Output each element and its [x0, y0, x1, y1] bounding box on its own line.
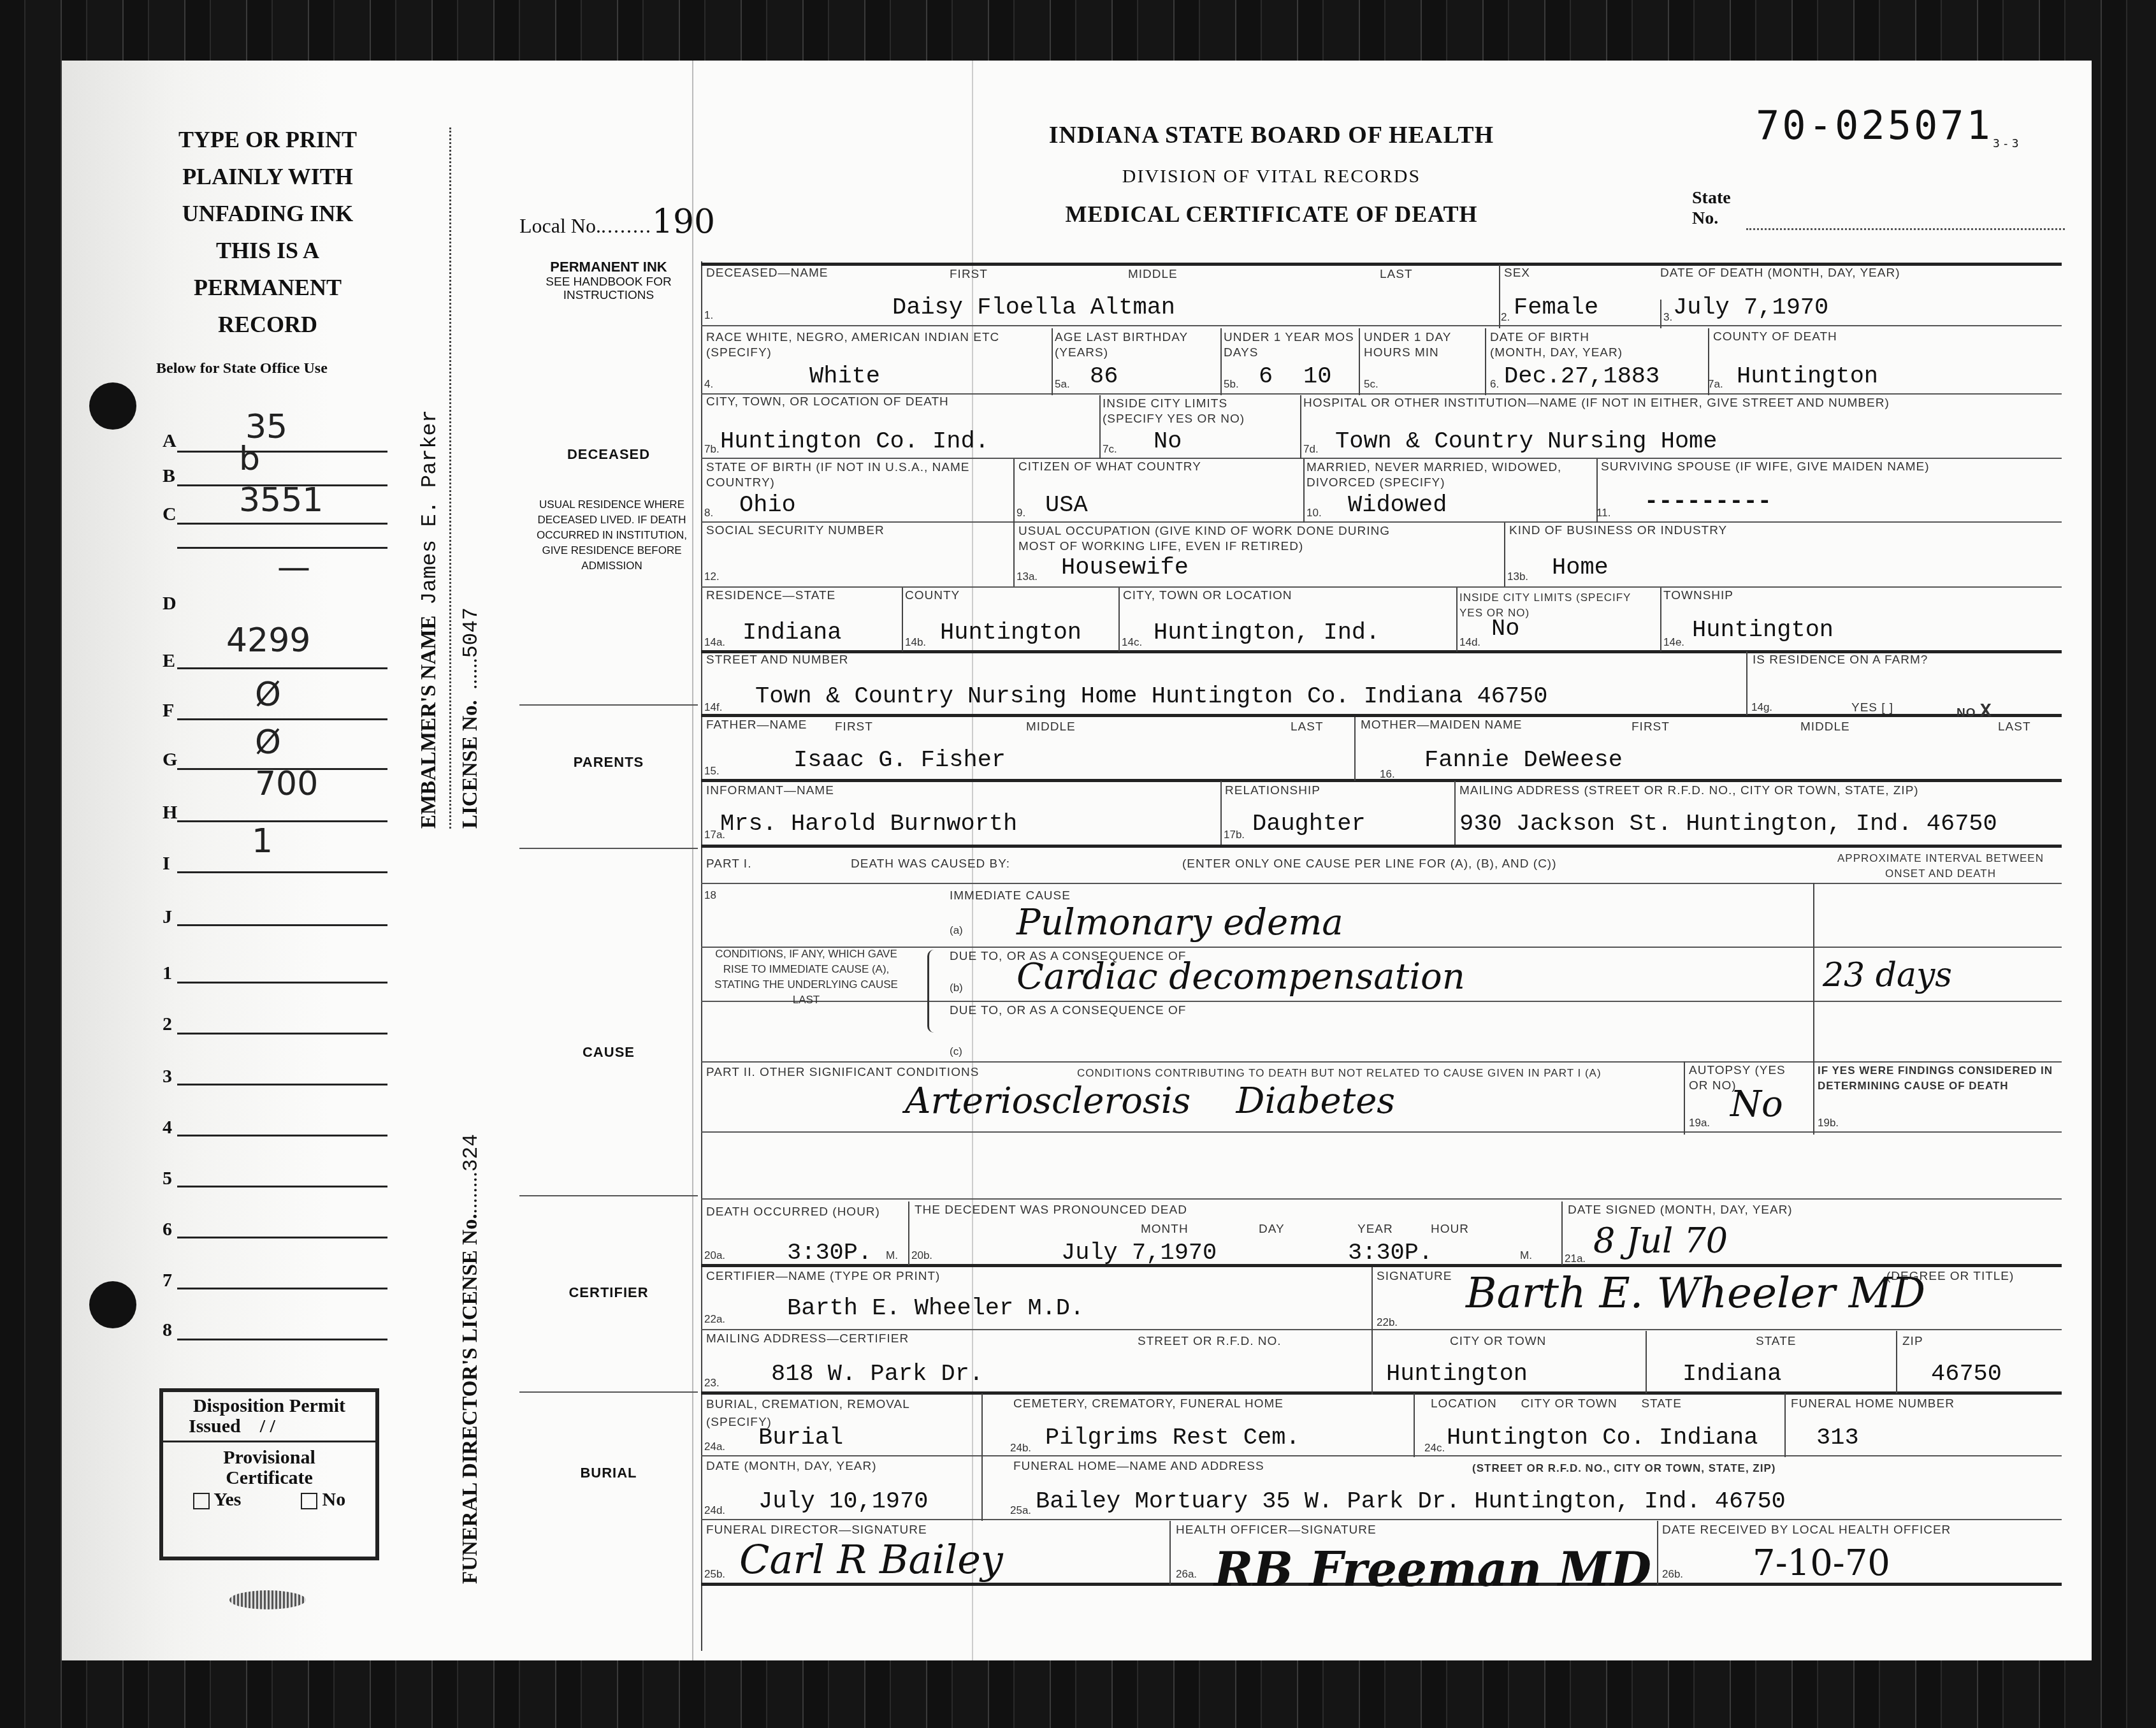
- sex-field[interactable]: Female: [1514, 294, 1598, 321]
- date-of-birth-field[interactable]: Dec.27,1883: [1504, 363, 1660, 390]
- label: DATE OF DEATH (MONTH, DAY, YEAR): [1660, 266, 1900, 280]
- conditions-note: CONDITIONS, IF ANY, WHICH GAVE RISE TO I…: [714, 947, 899, 1008]
- division-title: DIVISION OF VITAL RECORDS: [892, 166, 1651, 187]
- immediate-cause-field[interactable]: Pulmonary edema: [1017, 902, 1343, 943]
- label: SEX: [1504, 266, 1530, 280]
- label: MAILING ADDRESS (STREET OR R.F.D. NO., C…: [1459, 784, 1919, 798]
- label: RACE WHITE, NEGRO, AMERICAN INDIAN ETC (…: [706, 330, 1038, 361]
- label: CONDITIONS CONTRIBUTING TO DEATH BUT NOT…: [1077, 1067, 1602, 1080]
- health-officer-signature[interactable]: RB Freeman MD: [1214, 1543, 1651, 1597]
- code-letter: J: [163, 906, 172, 928]
- city-of-death-field[interactable]: Huntington Co. Ind.: [720, 428, 989, 455]
- burial-date-field[interactable]: July 10,1970: [758, 1488, 928, 1515]
- fd-license-number[interactable]: 324: [459, 1134, 483, 1172]
- embalmer-name[interactable]: James E. Parker: [418, 410, 442, 605]
- notice-line: PERMANENT: [147, 269, 389, 306]
- inside-city-limits-field[interactable]: No: [1154, 428, 1182, 455]
- usual-residence-note: USUAL RESIDENCE WHERE DECEASED LIVED. IF…: [532, 497, 691, 574]
- pronounced-date-field[interactable]: July 7,1970: [1061, 1240, 1217, 1267]
- code-letter: 4: [163, 1117, 172, 1138]
- funeral-home-number-field[interactable]: 313: [1816, 1425, 1859, 1451]
- state-no-label: StateNo.: [1692, 188, 1731, 229]
- fold-line: [692, 61, 693, 1660]
- certifier-signature[interactable]: Barth E. Wheeler MD: [1466, 1268, 1925, 1318]
- code-value[interactable]: Ø: [255, 723, 281, 762]
- license-number[interactable]: 5047: [459, 607, 483, 658]
- dotted-line: [1746, 228, 2065, 230]
- label: MIDDLE: [1026, 720, 1076, 734]
- label: (STREET OR R.F.D. NO., CITY OR TOWN, STA…: [1472, 1462, 1776, 1475]
- label: FATHER—NAME: [706, 718, 807, 732]
- checkbox-icon[interactable]: [193, 1493, 210, 1509]
- brace: [927, 950, 938, 1033]
- label: DATE SIGNED (MONTH, DAY, YEAR): [1568, 1203, 1793, 1217]
- surviving-spouse-field[interactable]: ---------: [1644, 488, 1772, 515]
- label: AGE LAST BIRTHDAY (YEARS): [1055, 330, 1217, 361]
- label: DATE (MONTH, DAY, YEAR): [706, 1460, 877, 1474]
- state-no-value: 70-025071: [1756, 102, 1993, 149]
- label: STATE OF BIRTH (IF NOT IN U.S.A., NAME C…: [706, 460, 1025, 491]
- cause-b-field[interactable]: Cardiac decompensation: [1017, 956, 1465, 998]
- union-label-icon: [229, 1590, 306, 1609]
- label: CITY, TOWN OR LOCATION: [1123, 589, 1292, 603]
- label: FIRST: [835, 720, 873, 734]
- disposition-permit-label: Disposition Permit: [163, 1392, 375, 1416]
- certifier-street-field[interactable]: 818 W. Park Dr.: [771, 1361, 983, 1388]
- punch-hole: [89, 1281, 136, 1328]
- issued-date[interactable]: / /: [260, 1416, 275, 1437]
- handbook-label: SEE HANDBOOK FOR INSTRUCTIONS: [529, 275, 688, 302]
- label: DEATH WAS CAUSED BY:: [851, 857, 1010, 871]
- label: SIGNATURE: [1377, 1270, 1452, 1284]
- code-value[interactable]: 700: [255, 765, 318, 803]
- code-letter: C: [163, 504, 177, 525]
- notice-line: PLAINLY WITH: [147, 158, 389, 195]
- mother-name-field[interactable]: Fannie DeWeese: [1424, 747, 1623, 774]
- code-letter: H: [163, 802, 177, 824]
- dotted-line: [449, 127, 452, 829]
- occupation-field[interactable]: Housewife: [1061, 555, 1189, 581]
- under1yr-days[interactable]: 10: [1303, 363, 1331, 390]
- code-letter: G: [163, 749, 177, 771]
- label: STATE: [1756, 1335, 1796, 1349]
- label: DATE RECEIVED BY LOCAL HEALTH OFFICER: [1662, 1523, 1951, 1537]
- state-of-birth-field[interactable]: Ohio: [739, 492, 796, 519]
- age-field[interactable]: 86: [1090, 363, 1118, 390]
- label: UNDER 1 DAY HOURS MIN: [1364, 330, 1482, 361]
- certifier-zip-field[interactable]: 46750: [1931, 1361, 2002, 1388]
- label: THE DECEDENT WAS PRONOUNCED DEAD: [915, 1203, 1187, 1217]
- label: TOWNSHIP: [1663, 589, 1733, 603]
- residence-street-field[interactable]: Town & Country Nursing Home Huntington C…: [755, 683, 1547, 710]
- certifier-state-field[interactable]: Indiana: [1682, 1361, 1781, 1388]
- marital-status-field[interactable]: Widowed: [1348, 492, 1447, 519]
- label: MARRIED, NEVER MARRIED, WIDOWED, DIVORCE…: [1306, 460, 1574, 491]
- label: CERTIFIER—NAME (TYPE OR PRINT): [706, 1270, 940, 1284]
- pronounced-hour-field[interactable]: 3:30P.: [1348, 1240, 1433, 1267]
- code-letter: B: [163, 465, 175, 487]
- label: ZIP: [1902, 1335, 1923, 1349]
- code-letter: I: [163, 853, 170, 875]
- document-title: MEDICAL CERTIFICATE OF DEATH: [892, 201, 1651, 228]
- residence-county-field[interactable]: Huntington: [940, 620, 1082, 646]
- local-no-field: Local No.........190: [519, 203, 715, 241]
- deceased-name[interactable]: Daisy Floella Altman: [892, 294, 1175, 321]
- certifier-city-field[interactable]: Huntington: [1386, 1361, 1528, 1388]
- label: MIDDLE: [1800, 720, 1850, 734]
- under1yr-months[interactable]: 6: [1259, 363, 1273, 390]
- stub-notice: TYPE OR PRINT PLAINLY WITH UNFADING INK …: [147, 121, 389, 343]
- label: FIRST: [1631, 720, 1670, 734]
- citizen-field[interactable]: USA: [1045, 492, 1088, 519]
- code-letter: E: [163, 650, 175, 672]
- label: FUNERAL HOME NUMBER: [1791, 1397, 1955, 1411]
- code-letter: F: [163, 700, 174, 722]
- code-letter: 6: [163, 1219, 172, 1240]
- residence-inside-limits-field[interactable]: No: [1491, 616, 1519, 643]
- label: LAST: [1291, 720, 1324, 734]
- other-conditions-field[interactable]: Arteriosclerosis Diabetes: [905, 1080, 1395, 1122]
- code-letter: 7: [163, 1270, 172, 1291]
- code-value[interactable]: 4299: [226, 621, 310, 660]
- label: INSIDE CITY LIMITS (SPECIFY YES OR NO): [1103, 396, 1284, 427]
- label: LAST: [1380, 268, 1413, 282]
- informant-address-field[interactable]: 930 Jackson St. Huntington, Ind. 46750: [1459, 811, 1997, 838]
- label: FIRST: [950, 268, 988, 282]
- code-letter: 3: [163, 1066, 172, 1087]
- label: CEMETERY, CREMATORY, FUNERAL HOME: [1013, 1397, 1284, 1411]
- label: DEATH OCCURRED (HOUR): [706, 1203, 897, 1221]
- cemetery-field[interactable]: Pilgrims Rest Cem.: [1045, 1425, 1300, 1451]
- label: (ENTER ONLY ONE CAUSE PER LINE FOR (a), …: [1182, 857, 1557, 871]
- relationship-field[interactable]: Daughter: [1252, 811, 1366, 838]
- state-office-label: Below for State Office Use: [156, 360, 328, 377]
- label: MONTH: [1141, 1223, 1189, 1237]
- checkbox-icon[interactable]: [301, 1493, 317, 1509]
- label: SURVIVING SPOUSE (IF WIFE, GIVE MAIDEN N…: [1601, 460, 1930, 474]
- label: INFORMANT—NAME: [706, 784, 834, 798]
- license-field: LICENSE No. ......5047: [459, 607, 483, 829]
- label: DUE TO, OR AS A CONSEQUENCE OF: [950, 1004, 1186, 1018]
- permanent-ink-label: PERMANENT INK: [529, 260, 688, 274]
- code-letter: 5: [163, 1168, 172, 1189]
- label: LAST: [1998, 720, 2031, 734]
- section-deceased: DECEASED: [529, 446, 688, 463]
- date-signed-field[interactable]: 8 Jul 70: [1593, 1221, 1728, 1261]
- label: MOTHER—MAIDEN NAME: [1361, 718, 1522, 732]
- label: MAILING ADDRESS—CERTIFIER: [706, 1332, 909, 1346]
- embalmer-field: EMBALMER'S NAME James E. Parker: [417, 410, 442, 829]
- label: CITY OR TOWN: [1450, 1335, 1546, 1349]
- death-hour-field[interactable]: 3:30P.: [787, 1240, 872, 1267]
- code-value[interactable]: b: [239, 440, 260, 478]
- label: INSIDE CITY LIMITS (SPECIFY YES OR NO): [1459, 590, 1651, 621]
- code-letter: 1: [163, 962, 172, 984]
- funeral-director-signature[interactable]: Carl R Bailey: [739, 1536, 1003, 1583]
- punch-hole: [89, 382, 136, 430]
- notice-line: RECORD: [147, 306, 389, 343]
- label: CITY, TOWN, OR LOCATION OF DEATH: [706, 395, 949, 409]
- date-of-death-field[interactable]: July 7,1970: [1673, 294, 1828, 321]
- label: HOUR: [1431, 1223, 1469, 1237]
- cause-b-interval[interactable]: 23 days: [1823, 956, 1952, 994]
- label: PART II. OTHER SIGNIFICANT CONDITIONS: [706, 1066, 979, 1080]
- agency-title: INDIANA STATE BOARD OF HEALTH: [892, 121, 1651, 149]
- label: KIND OF BUSINESS OR INDUSTRY: [1509, 524, 1727, 538]
- section-burial: BURIAL: [529, 1465, 688, 1481]
- label: DAY: [1259, 1223, 1285, 1237]
- code-value[interactable]: 1: [252, 822, 273, 860]
- certifier-name-field[interactable]: Barth E. Wheeler M.D.: [787, 1295, 1084, 1322]
- label: UNDER 1 YEAR MOS DAYS: [1224, 330, 1357, 361]
- farm-no-checkbox[interactable]: NO X: [1957, 701, 1992, 723]
- township-field[interactable]: Huntington: [1692, 617, 1834, 644]
- funeral-home-field[interactable]: Bailey Mortuary 35 W. Park Dr. Huntingto…: [1036, 1488, 1786, 1515]
- residence-city-field[interactable]: Huntington, Ind.: [1154, 620, 1380, 646]
- label: IMMEDIATE CAUSE: [950, 889, 1071, 903]
- disposition-permit-box: Disposition Permit Issued / / Provisiona…: [159, 1388, 379, 1560]
- label: LOCATION CITY OR TOWN STATE: [1431, 1397, 1682, 1411]
- notice-line: UNFADING INK: [147, 195, 389, 232]
- label: CITIZEN OF WHAT COUNTRY: [1018, 460, 1201, 474]
- hospital-field[interactable]: Town & Country Nursing Home: [1335, 428, 1718, 455]
- business-field[interactable]: Home: [1552, 555, 1609, 581]
- local-no-value[interactable]: 190: [652, 203, 715, 241]
- code-letter: A: [163, 430, 177, 452]
- provisional-no[interactable]: No: [301, 1490, 345, 1510]
- date-received-field[interactable]: 7-10-70: [1753, 1543, 1890, 1584]
- issued-label: Issued: [189, 1416, 241, 1437]
- provisional-label: Provisional: [163, 1441, 375, 1468]
- label: SOCIAL SECURITY NUMBER: [706, 524, 885, 538]
- label: RESIDENCE—STATE: [706, 589, 836, 603]
- father-name-field[interactable]: Isaac G. Fisher: [793, 747, 1006, 774]
- label: USUAL OCCUPATION (GIVE KIND OF WORK DONE…: [1018, 524, 1426, 555]
- label: COUNTY: [905, 589, 960, 603]
- section-cause: CAUSE: [529, 1044, 688, 1061]
- state-no-stamp: 70-0250713-3: [1756, 102, 2021, 150]
- label: COUNTY OF DEATH: [1713, 330, 1837, 344]
- certificate-label: Certificate: [163, 1468, 375, 1488]
- county-of-death-field[interactable]: Huntington: [1737, 363, 1878, 390]
- label: IS RESIDENCE ON A FARM?: [1753, 653, 1928, 667]
- section-certifier: CERTIFIER: [529, 1284, 688, 1301]
- label: STREET OR R.F.D. NO.: [1138, 1335, 1282, 1349]
- label: DECEASED—NAME: [706, 266, 828, 280]
- code-value[interactable]: 3551: [239, 481, 323, 519]
- code-value[interactable]: —: [277, 548, 310, 586]
- label: FUNERAL DIRECTOR—SIGNATURE: [706, 1523, 927, 1537]
- residence-state-field[interactable]: Indiana: [742, 620, 841, 646]
- notice-line: THIS IS A: [147, 232, 389, 269]
- code-letter: D: [163, 593, 177, 614]
- label: YEAR: [1357, 1223, 1393, 1237]
- label: IF YES WERE FINDINGS CONSIDERED IN DETER…: [1818, 1063, 2060, 1094]
- label: STREET AND NUMBER: [706, 653, 849, 667]
- autopsy-field[interactable]: No: [1730, 1084, 1783, 1125]
- section-parents: PARENTS: [529, 754, 688, 771]
- code-letter: 2: [163, 1013, 172, 1035]
- notice-line: TYPE OR PRINT: [147, 121, 389, 158]
- label: MIDDLE: [1128, 268, 1178, 282]
- burial-location-field[interactable]: Huntington Co. Indiana: [1447, 1425, 1758, 1451]
- label: HEALTH OFFICER—SIGNATURE: [1176, 1523, 1377, 1537]
- label: HOSPITAL OR OTHER INSTITUTION—NAME (IF N…: [1303, 396, 1890, 410]
- label: DATE OF BIRTH (MONTH, DAY, YEAR): [1490, 330, 1643, 361]
- provisional-yes[interactable]: Yes: [193, 1490, 242, 1510]
- label: APPROXIMATE INTERVAL BETWEEN ONSET AND D…: [1820, 851, 2062, 882]
- fd-license-field: FUNERAL DIRECTOR'S LICENSE No.........32…: [459, 1134, 483, 1584]
- informant-field[interactable]: Mrs. Harold Burnworth: [720, 811, 1017, 838]
- farm-yes-checkbox[interactable]: YES [ ]: [1851, 701, 1893, 715]
- burial-method-field[interactable]: Burial: [758, 1425, 843, 1451]
- code-letter: 8: [163, 1319, 172, 1341]
- code-value[interactable]: Ø: [255, 676, 281, 714]
- label: PART I.: [706, 857, 751, 871]
- label: RELATIONSHIP: [1225, 784, 1320, 798]
- label: FUNERAL HOME—NAME AND ADDRESS: [1013, 1460, 1264, 1474]
- race-field[interactable]: White: [809, 363, 880, 390]
